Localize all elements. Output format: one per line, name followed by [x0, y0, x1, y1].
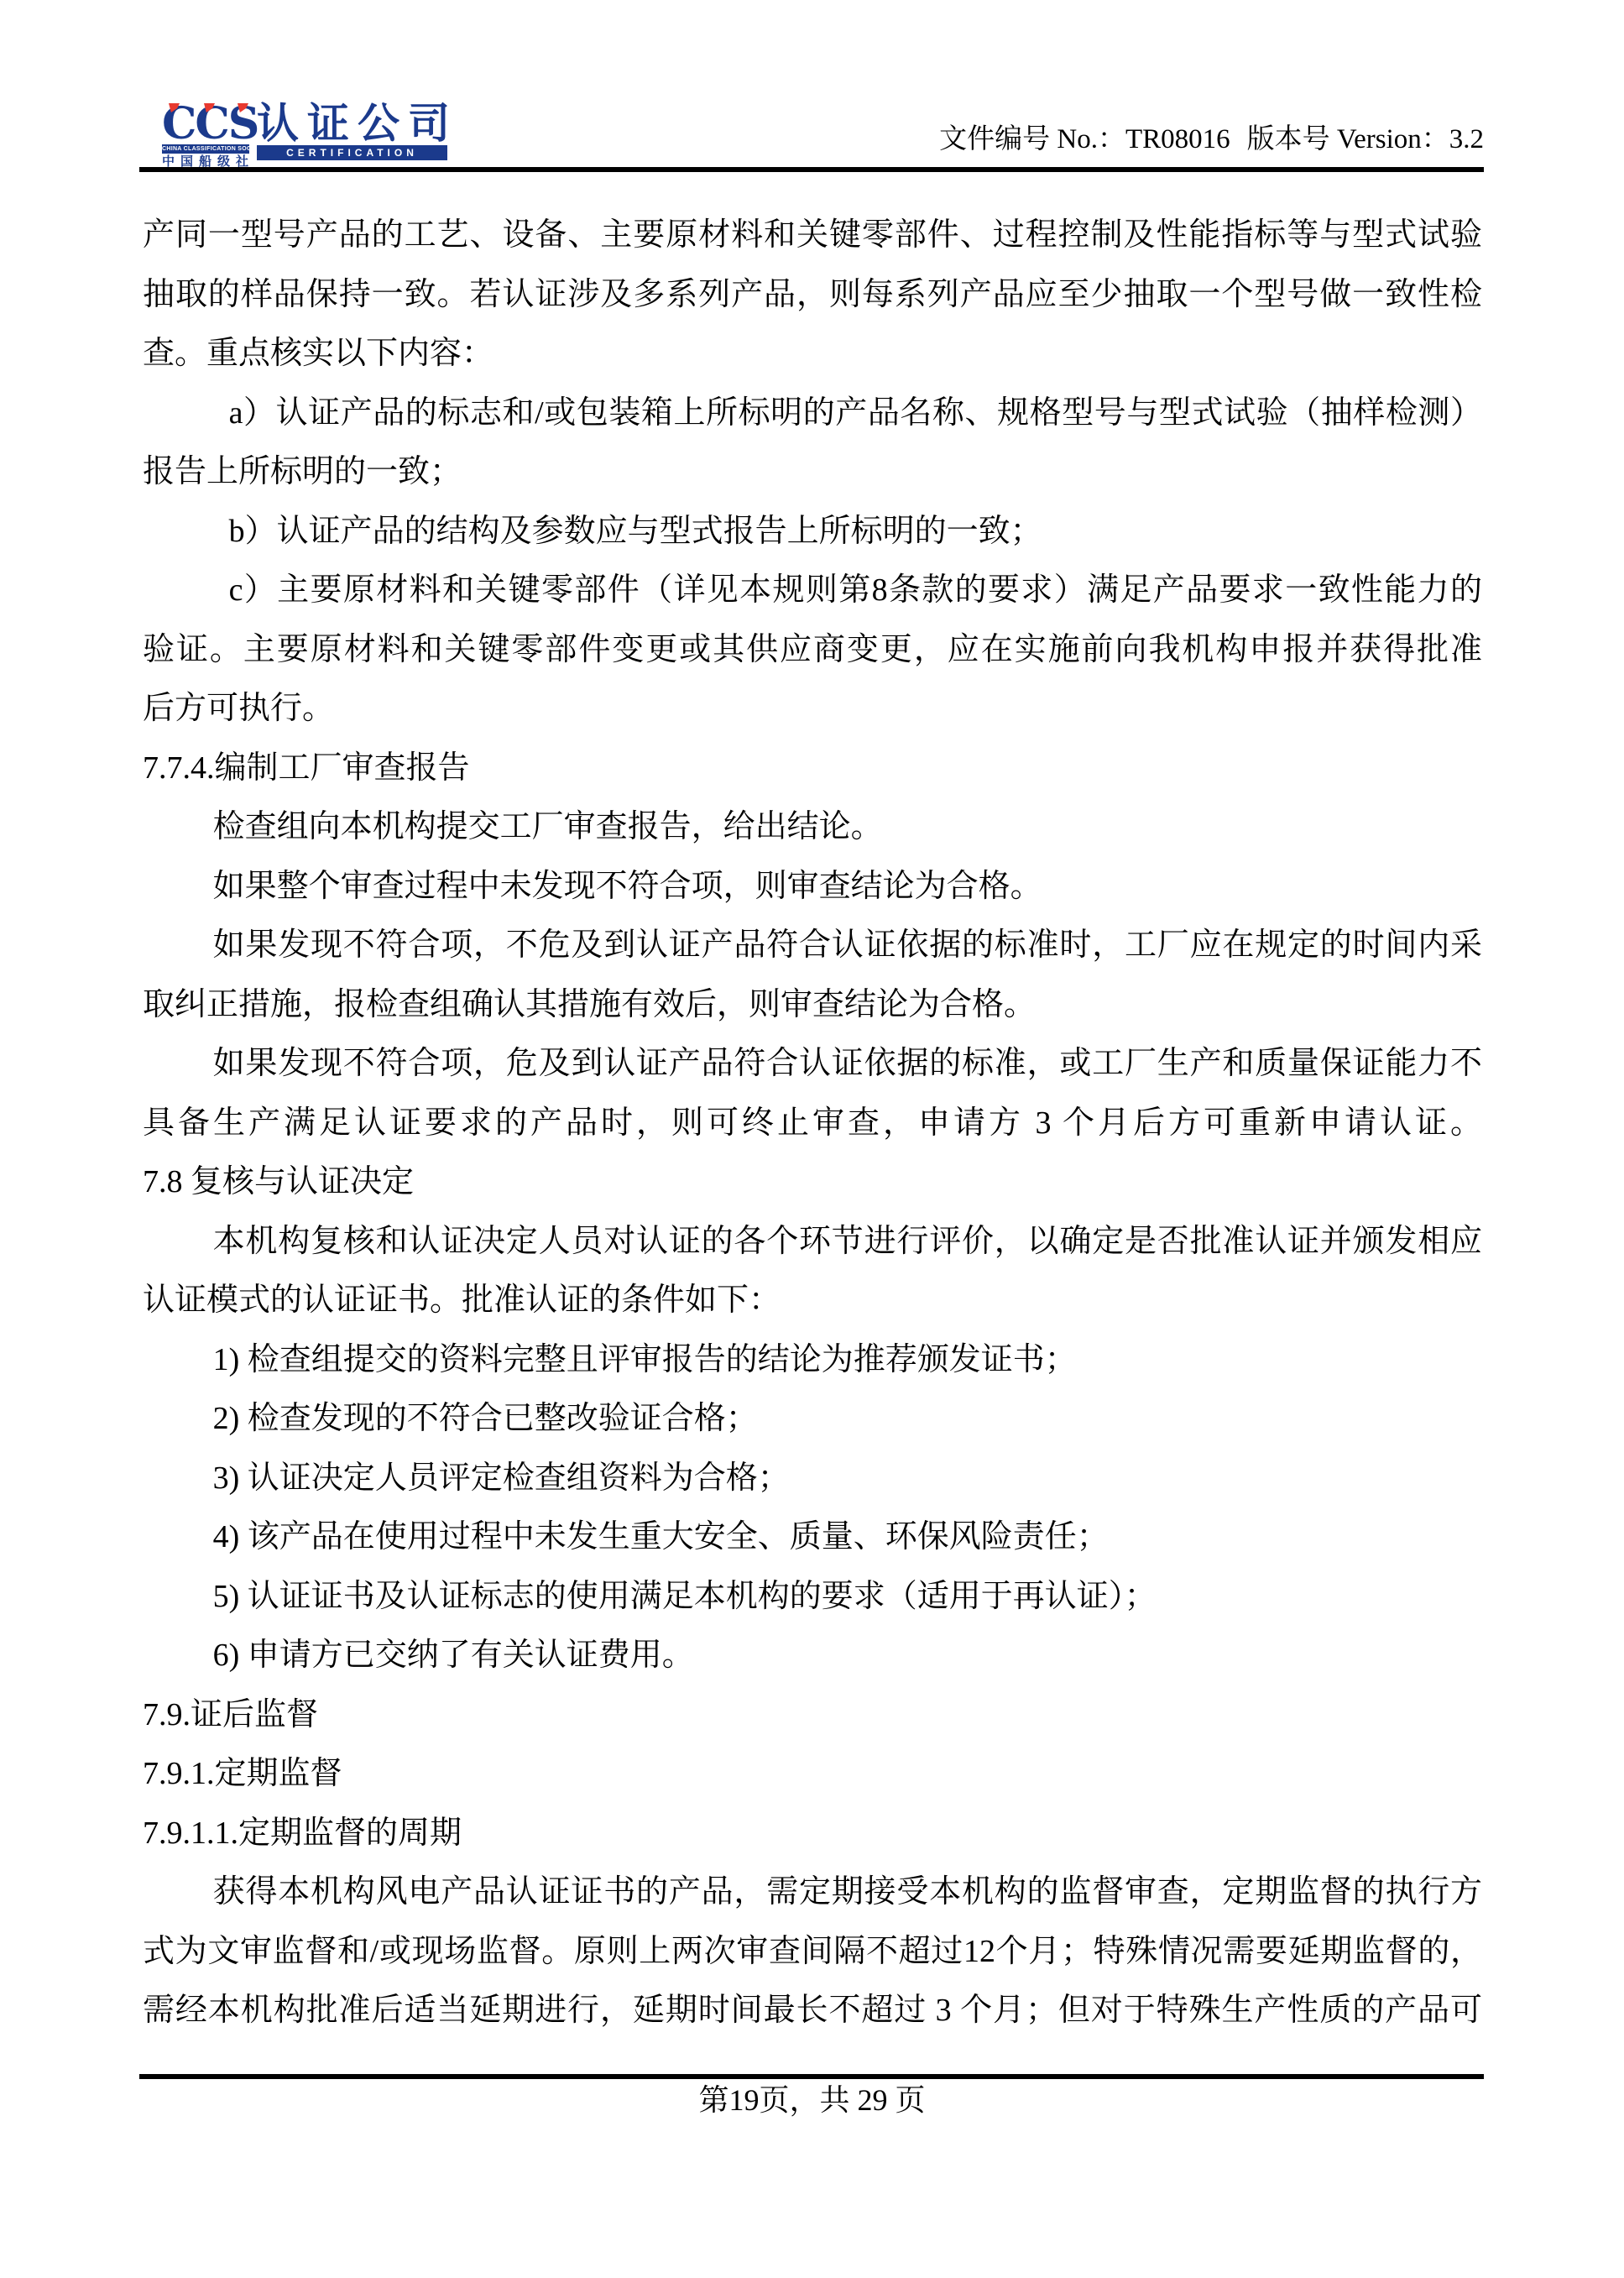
body-line: 具备生产满足认证要求的产品时，则可终止审查，申请方 3 个月后方可重新申请认证。: [143, 1094, 1482, 1153]
body-line: 报告上所标明的一致；: [143, 442, 1482, 502]
body-line: 7.9.1.定期监督: [143, 1744, 1482, 1804]
body-line: 5) 认证证书及认证标志的使用满足本机构的要求（适用于再认证）；: [143, 1567, 1482, 1627]
document-body: 产同一型号产品的工艺、设备、主要原材料和关键零部件、过程控制及性能指标等与型式试…: [143, 206, 1482, 2040]
doc-no-label: 文件编号 No.：: [939, 124, 1125, 154]
ccs-logo-company: 认证公司 CERTIFICATION: [257, 104, 458, 160]
body-line: 查。重点核实以下内容：: [143, 324, 1482, 384]
body-line: 需经本机构批准后适当延期进行，延期时间最长不超过 3 个月；但对于特殊生产性质的…: [143, 1981, 1482, 2040]
body-line: 验证。主要原材料和关键零部件变更或其供应商变更，应在实施前向我机构申报并获得批准: [143, 620, 1482, 680]
ccs-logo: CCS CHINA CLASSIFICATION SOCIETY 中国船级社: [162, 106, 251, 170]
body-line: 2) 检查发现的不符合已整改验证合格；: [143, 1389, 1482, 1449]
page-number: 第19页，共 29 页: [0, 2082, 1624, 2119]
doc-info: 文件编号 No.：TR08016版本号 Version：3.2: [939, 123, 1484, 156]
body-line: a）认证产品的标志和/或包装箱上所标明的产品名称、规格型号与型式试验（抽样检测）: [143, 384, 1482, 443]
header-rule: [139, 167, 1484, 172]
body-line: 1) 检查组提交的资料完整且评审报告的结论为推荐颁发证书；: [143, 1330, 1482, 1390]
body-line: 如果整个审查过程中未发现不符合项，则审查结论为合格。: [143, 857, 1482, 917]
body-line: 抽取的样品保持一致。若认证涉及多系列产品，则每系列产品应至少抽取一个型号做一致性…: [143, 265, 1482, 325]
certification-bar: CERTIFICATION: [257, 145, 447, 160]
version-label: 版本号 Version：: [1247, 124, 1449, 154]
body-line: 4) 该产品在使用过程中未发生重大安全、质量、环保风险责任；: [143, 1507, 1482, 1567]
body-line: 7.8 复核与认证决定: [143, 1152, 1482, 1212]
body-line: 产同一型号产品的工艺、设备、主要原材料和关键零部件、过程控制及性能指标等与型式试…: [143, 206, 1482, 265]
body-line: c）主要原材料和关键零部件（详见本规则第8条款的要求）满足产品要求一致性能力的: [143, 561, 1482, 620]
body-line: 7.9.证后监督: [143, 1685, 1482, 1745]
body-line: 获得本机构风电产品认证证书的产品，需定期接受本机构的监督审查，定期监督的执行方: [143, 1863, 1482, 1922]
body-line: 检查组向本机构提交工厂审查报告，给出结论。: [143, 797, 1482, 857]
body-line: 如果发现不符合项，危及到认证产品符合认证依据的标准，或工厂生产和质量保证能力不: [143, 1034, 1482, 1094]
doc-no-value: TR08016: [1125, 124, 1230, 154]
body-line: 后方可执行。: [143, 679, 1482, 739]
body-line: 3) 认证决定人员评定检查组资料为合格；: [143, 1449, 1482, 1508]
company-name: 认证公司: [257, 104, 458, 143]
body-line: b）认证产品的结构及参数应与型式报告上所标明的一致；: [143, 502, 1482, 562]
body-line: 如果发现不符合项，不危及到认证产品符合认证依据的标准时，工厂应在规定的时间内采: [143, 916, 1482, 975]
ccs-logo-text: CCS: [162, 106, 251, 143]
document-page: CCS CHINA CLASSIFICATION SOCIETY 中国船级社 认…: [0, 0, 1624, 2278]
body-line: 7.7.4.编制工厂审查报告: [143, 739, 1482, 798]
body-line: 认证模式的认证证书。批准认证的条件如下：: [143, 1271, 1482, 1330]
version-value: 3.2: [1449, 124, 1484, 154]
body-line: 本机构复核和认证决定人员对认证的各个环节进行评价，以确定是否批准认证并颁发相应: [143, 1212, 1482, 1272]
body-line: 7.9.1.1.定期监督的周期: [143, 1804, 1482, 1863]
body-line: 取纠正措施，报检查组确认其措施有效后，则审查结论为合格。: [143, 975, 1482, 1035]
footer-rule: [139, 2074, 1484, 2079]
body-line: 式为文审监督和/或现场监督。原则上两次审查间隔不超过12个月；特殊情况需要延期监…: [143, 1922, 1482, 1982]
body-line: 6) 申请方已交纳了有关认证费用。: [143, 1626, 1482, 1685]
